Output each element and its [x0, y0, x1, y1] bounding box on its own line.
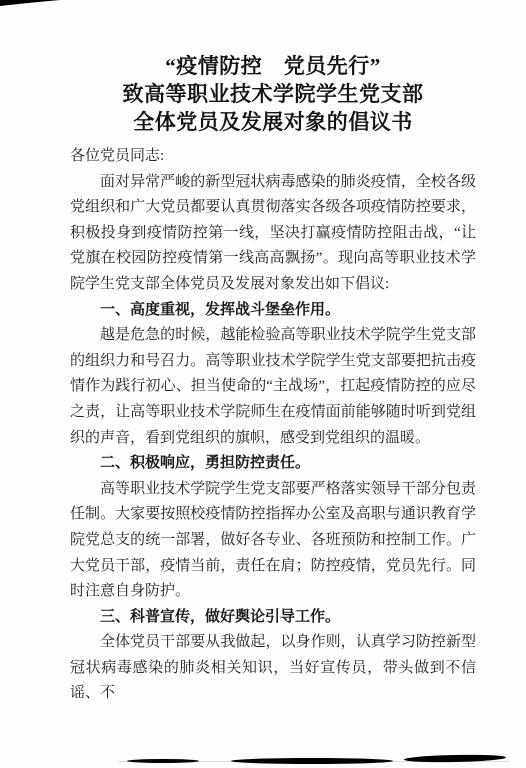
scan-artifact-top-left: [0, 0, 60, 6]
salutation: 各位党员同志:: [70, 144, 476, 170]
section-heading: 三、科普宣传，做好舆论引导工作。: [70, 605, 476, 631]
body-paragraph: 面对异常严峻的新型冠状病毒感染的肺炎疫情，全校各级党组织和广大党员都要认真贯彻落…: [70, 170, 476, 298]
scan-artifact-bottom-1: [127, 759, 199, 763]
section-heading: 一、高度重视，发挥战斗堡垒作用。: [70, 298, 476, 324]
document-title: “疫情防控 党员先行” 致高等职业技术学院学生党支部 全体党员及发展对象的倡议书: [70, 52, 476, 136]
scanned-document-page: “疫情防控 党员先行” 致高等职业技术学院学生党支部 全体党员及发展对象的倡议书…: [0, 0, 526, 768]
document-body: 各位党员同志:面对异常严峻的新型冠状病毒感染的肺炎疫情，全校各级党组织和广大党员…: [70, 144, 476, 707]
body-paragraph: 高等职业技术学院学生党支部要严格落实领导干部分包责任制。大家要按照校疫情防控指挥…: [70, 477, 476, 605]
document: “疫情防控 党员先行” 致高等职业技术学院学生党支部 全体党员及发展对象的倡议书…: [70, 52, 476, 707]
body-paragraph: 全体党员干部要从我做起，以身作则，认真学习防控新型冠状病毒感染的肺炎相关知识，当…: [70, 630, 476, 707]
title-line-3: 全体党员及发展对象的倡议书: [70, 108, 476, 136]
section-heading: 二、积极响应，勇担防控责任。: [70, 451, 476, 477]
title-line-1: “疫情防控 党员先行”: [70, 52, 476, 80]
scan-artifact-bottom-2: [231, 758, 393, 764]
title-line-2: 致高等职业技术学院学生党支部: [70, 80, 476, 108]
body-paragraph: 越是危急的时候，越能检验高等职业技术学院学生党支部的组织力和号召力。高等职业技术…: [70, 323, 476, 451]
